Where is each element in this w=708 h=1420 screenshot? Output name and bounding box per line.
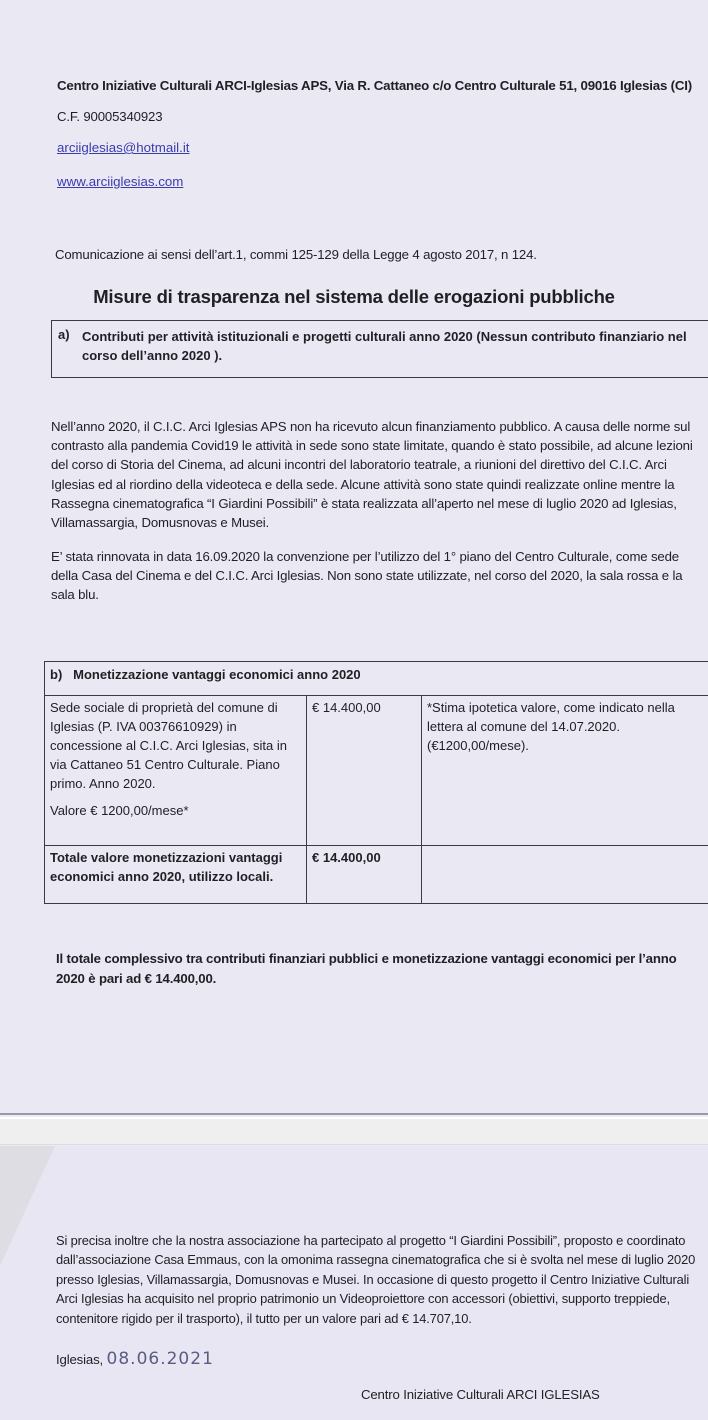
- total-note-cell: [422, 846, 708, 904]
- section-a-label: a): [58, 327, 70, 342]
- section-a-box: a) Contributi per attività istituzionali…: [51, 320, 708, 378]
- table-row: Sede sociale di proprietà del comune di …: [45, 696, 708, 846]
- section-a-text: Contributi per attività istituzionali e …: [82, 327, 708, 365]
- table-header-cell: b) Monetizzazione vantaggi economici ann…: [45, 662, 708, 696]
- handwritten-date: 08.06.2021: [107, 1349, 214, 1369]
- description-cell: Sede sociale di proprietà del comune di …: [45, 696, 307, 846]
- row-monthly-value: Valore € 1200,00/mese*: [50, 801, 301, 820]
- paragraph-project: Si precisa inoltre che la nostra associa…: [56, 1231, 708, 1328]
- total-amount-cell: € 14.400,00: [307, 846, 422, 904]
- tax-code: C.F. 90005340923: [57, 108, 162, 126]
- row-description: Sede sociale di proprietà del comune di …: [50, 700, 287, 791]
- section-b-label: b): [50, 667, 62, 682]
- website-link[interactable]: www.arciiglesias.com: [57, 174, 183, 189]
- total-description-cell: Totale valore monetizzazioni vantaggi ec…: [45, 846, 307, 904]
- section-b-table: b) Monetizzazione vantaggi economici ann…: [44, 661, 708, 904]
- signature-organization: Centro Iniziative Culturali ARCI IGLESIA…: [361, 1386, 600, 1404]
- note-cell: *Stima ipotetica valore, come indicato n…: [422, 696, 708, 846]
- page-separator: [0, 1117, 708, 1145]
- paragraph-activities: Nell’anno 2020, il C.I.C. Arci Iglesias …: [51, 417, 705, 532]
- place: Iglesias,: [56, 1352, 103, 1367]
- table-header-row: b) Monetizzazione vantaggi economici ann…: [45, 662, 708, 696]
- paragraph-convention: E’ stata rinnovata in data 16.09.2020 la…: [51, 547, 705, 605]
- place-date: Iglesias, 08.06.2021: [56, 1350, 214, 1369]
- communication-note: Comunicazione ai sensi dell’art.1, commi…: [55, 246, 537, 264]
- section-b-title: Monetizzazione vantaggi economici anno 2…: [73, 667, 361, 682]
- amount-cell: € 14.400,00: [307, 696, 422, 846]
- page-title: Misure di trasparenza nel sistema delle …: [0, 286, 708, 308]
- table-row-total: Totale valore monetizzazioni vantaggi ec…: [45, 846, 708, 904]
- organization-address: Centro Iniziative Culturali ARCI-Iglesia…: [57, 78, 707, 93]
- total-statement: Il totale complessivo tra contributi fin…: [56, 949, 696, 989]
- email-link[interactable]: arciiglesias@hotmail.it: [57, 140, 189, 155]
